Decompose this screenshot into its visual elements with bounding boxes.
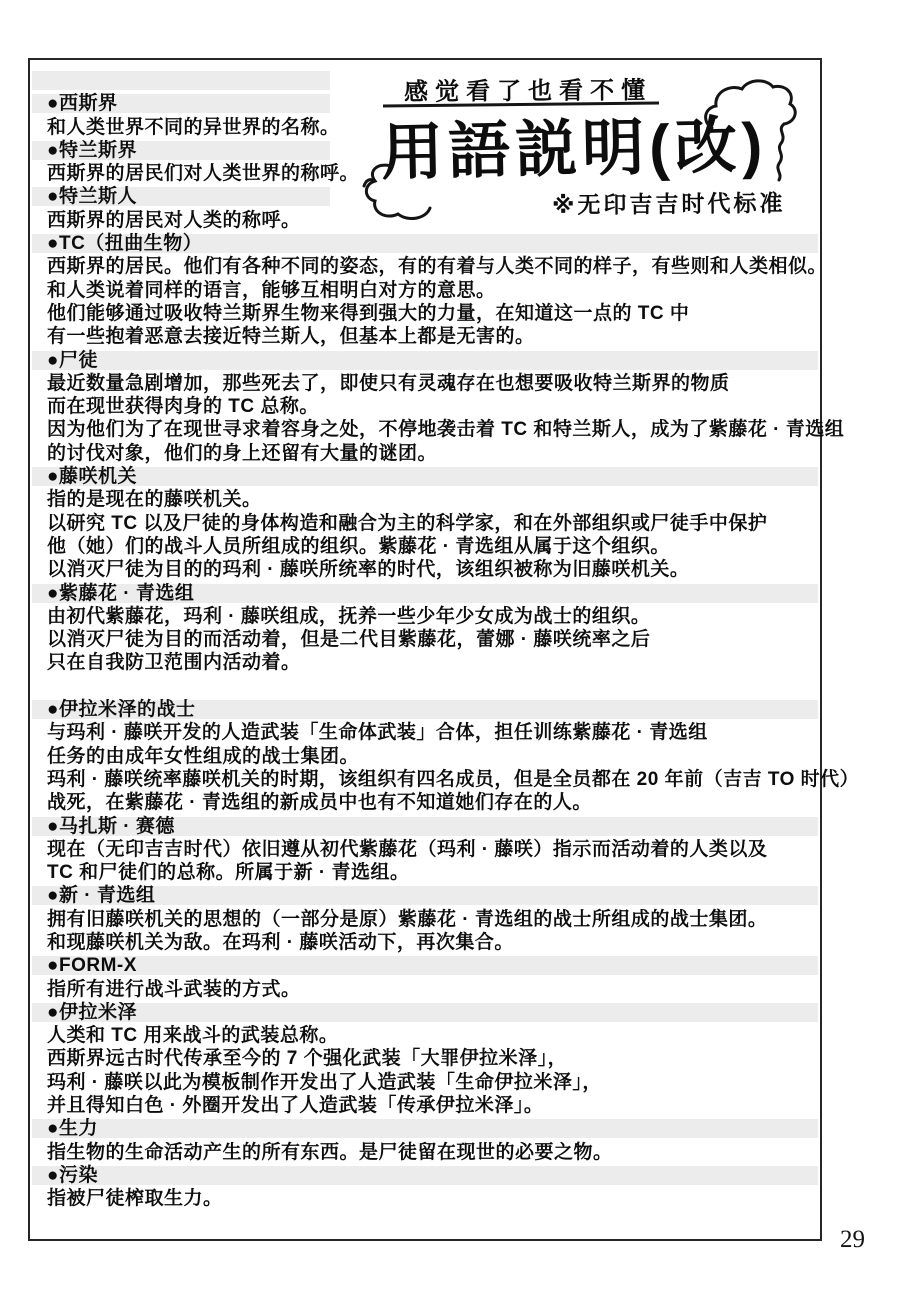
glossary-term: ●TC（扭曲生物） — [32, 233, 818, 256]
glossary-description-line: 由初代紫藤花，玛利 · 藤咲组成，抚养一些少年少女成为战士的组织。 — [32, 606, 818, 629]
glossary-description-line: 指的是现在的藤咲机关。 — [32, 489, 818, 512]
glossary-term: ●污染 — [32, 1165, 818, 1188]
glossary-term: ●马扎斯 · 赛德 — [32, 816, 818, 839]
glossary-term: ●尸徒 — [32, 350, 818, 373]
glossary-description-line: 而在现世获得肉身的 TC 总称。 — [32, 396, 818, 419]
glossary-description-line: 任务的由成年女性组成的战士集团。 — [32, 746, 818, 769]
spacer-line — [32, 676, 818, 699]
glossary-description-line: 指被尸徒榨取生力。 — [32, 1188, 818, 1211]
glossary-term: ●紫藤花 · 青选组 — [32, 583, 818, 606]
glossary-description-line: 他们能够通过吸收特兰斯界生物来得到强大的力量，在知道这一点的 TC 中 — [32, 303, 818, 326]
glossary-description-line: 最近数量急剧增加，那些死去了，即使只有灵魂存在也想要吸收特兰斯界的物质 — [32, 373, 818, 396]
glossary-description-line: 他（她）们的战斗人员所组成的组织。紫藤花 · 青选组从属于这个组织。 — [32, 536, 818, 559]
glossary-description-line: 战死，在紫藤花 · 青选组的新成员中也有不知道她们存在的人。 — [32, 792, 818, 815]
glossary-description-line: 并且得知白色 · 外圈开发出了人造武装「传承伊拉米泽」。 — [32, 1095, 818, 1118]
glossary-description-line: 以消灭尸徒为目的的玛利 · 藤咲所统率的时代，该组织被称为旧藤咲机关。 — [32, 559, 818, 582]
glossary-term: ●伊拉米泽 — [32, 1002, 818, 1025]
glossary-description-line: 和人类说着同样的语言，能够互相明白对方的意思。 — [32, 280, 818, 303]
glossary-description-line: 西斯界远古时代传承至今的 7 个强化武装「大罪伊拉米泽」， — [32, 1048, 818, 1071]
glossary-description-line: 与玛利 · 藤咲开发的人造武装「生命体武装」合体，担任训练紫藤花 · 青选组 — [32, 722, 818, 745]
cloud-doodle-left-icon — [362, 160, 472, 222]
glossary-description-line: 玛利 · 藤咲统率藤咲机关的时期，该组织有四名成员，但是全员都在 20 年前（吉… — [32, 769, 818, 792]
glossary-term: ●伊拉米泽的战士 — [32, 699, 818, 722]
glossary-description-line: 以研究 TC 以及尸徒的身体构造和融合为主的科学家，和在外部组织或尸徒手中保护 — [32, 513, 818, 536]
manga-glossary-page: { "header": { "tagline": "感觉看了也看不懂", "ti… — [0, 0, 916, 1300]
glossary-description-line: 只在自我防卫范围内活动着。 — [32, 652, 818, 675]
glossary-description-line: 现在（无印吉吉时代）依旧遵从初代紫藤花（玛利 · 藤咲）指示而活动着的人类以及 — [32, 839, 818, 862]
cloud-doodle-right-icon — [698, 76, 822, 188]
glossary-description-line: TC 和尸徒们的总称。所属于新 · 青选组。 — [32, 862, 818, 885]
glossary-description-line: 拥有旧藤咲机关的思想的（一部分是原）紫藤花 · 青选组的战士所组成的战士集团。 — [32, 909, 818, 932]
glossary-description-line: 以消灭尸徒为目的而活动着，但是二代目紫藤花，蕾娜 · 藤咲统率之后 — [32, 629, 818, 652]
glossary: ●西斯界和人类世界不同的异世界的名称。●特兰斯界西斯界的居民们对人类世界的称呼。… — [32, 70, 818, 1212]
glossary-description-line: 的讨伐对象，他们的身上还留有大量的谜团。 — [32, 443, 818, 466]
page-number: 29 — [840, 1226, 865, 1254]
glossary-description-line: 有一些抱着恶意去接近特兰斯人，但基本上都是无害的。 — [32, 326, 818, 349]
glossary-term: ●新 · 青选组 — [32, 885, 818, 908]
glossary-description-line: 因为他们为了在现世寻求着容身之处，不停地袭击着 TC 和特兰斯人，成为了紫藤花 … — [32, 419, 818, 442]
glossary-term: ●生力 — [32, 1118, 818, 1141]
glossary-description-line: 人类和 TC 用来战斗的武装总称。 — [32, 1025, 818, 1048]
glossary-description-line: 和现藤咲机关为敌。在玛利 · 藤咲活动下，再次集合。 — [32, 932, 818, 955]
glossary-description-line: 西斯界的居民。他们有各种不同的姿态，有的有着与人类不同的样子，有些则和人类相似。 — [32, 256, 818, 279]
glossary-term: ●FORM-X — [32, 955, 818, 978]
glossary-description-line: 指生物的生命活动产生的所有东西。是尸徒留在现世的必要之物。 — [32, 1142, 818, 1165]
glossary-description-line: 指所有进行战斗武装的方式。 — [32, 979, 818, 1002]
title-note: ※无印吉吉时代标准 — [552, 185, 786, 220]
glossary-description-line: 玛利 · 藤咲以此为模板制作开发出了人造武装「生命伊拉米泽」， — [32, 1072, 818, 1095]
glossary-term: ●藤咲机关 — [32, 466, 818, 489]
